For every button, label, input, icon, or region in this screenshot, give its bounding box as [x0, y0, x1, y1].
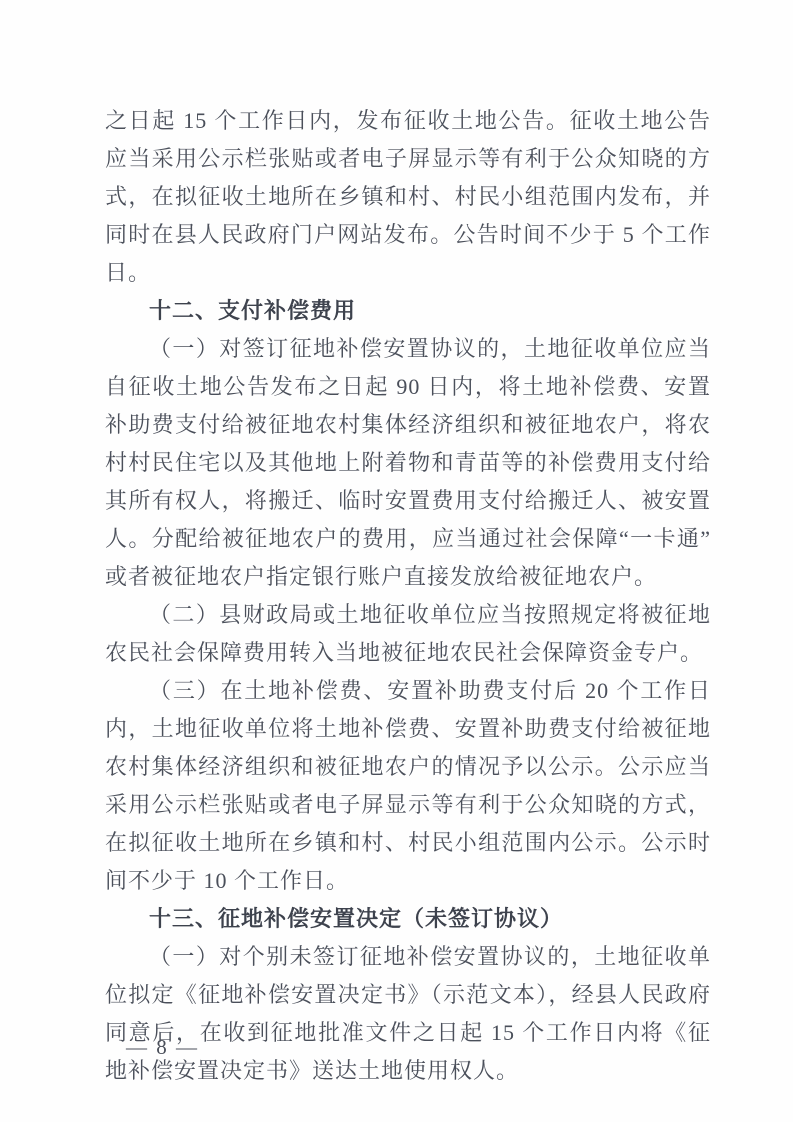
page-number: — 8 — [126, 1032, 199, 1062]
section-heading-12-pay-compensation: 十二、支付补偿费用 [105, 292, 711, 330]
paragraph-12-item-1: （一）对签订征地补偿安置协议的，土地征收单位应当自征收土地公告发布之日起 90 … [105, 330, 711, 596]
paragraph-notice-publication: 之日起 15 个工作日内，发布征收土地公告。征收土地公告应当采用公示栏张贴或者电… [105, 102, 711, 292]
document-page: 之日起 15 个工作日内，发布征收土地公告。征收土地公告应当采用公示栏张贴或者电… [0, 0, 793, 1122]
paragraph-12-item-2: （二）县财政局或土地征收单位应当按照规定将被征地农民社会保障费用转入当地被征地农… [105, 596, 711, 672]
paragraph-12-item-3: （三）在土地补偿费、安置补助费支付后 20 个工作日内，土地征收单位将土地补偿费… [105, 672, 711, 900]
document-text-block: 之日起 15 个工作日内，发布征收土地公告。征收土地公告应当采用公示栏张贴或者电… [105, 102, 711, 1090]
paragraph-13-item-1: （一）对个别未签订征地补偿安置协议的，土地征收单位拟定《征地补偿安置决定书》（示… [105, 938, 711, 1090]
section-heading-13-compensation-decision: 十三、征地补偿安置决定（未签订协议） [105, 900, 711, 938]
